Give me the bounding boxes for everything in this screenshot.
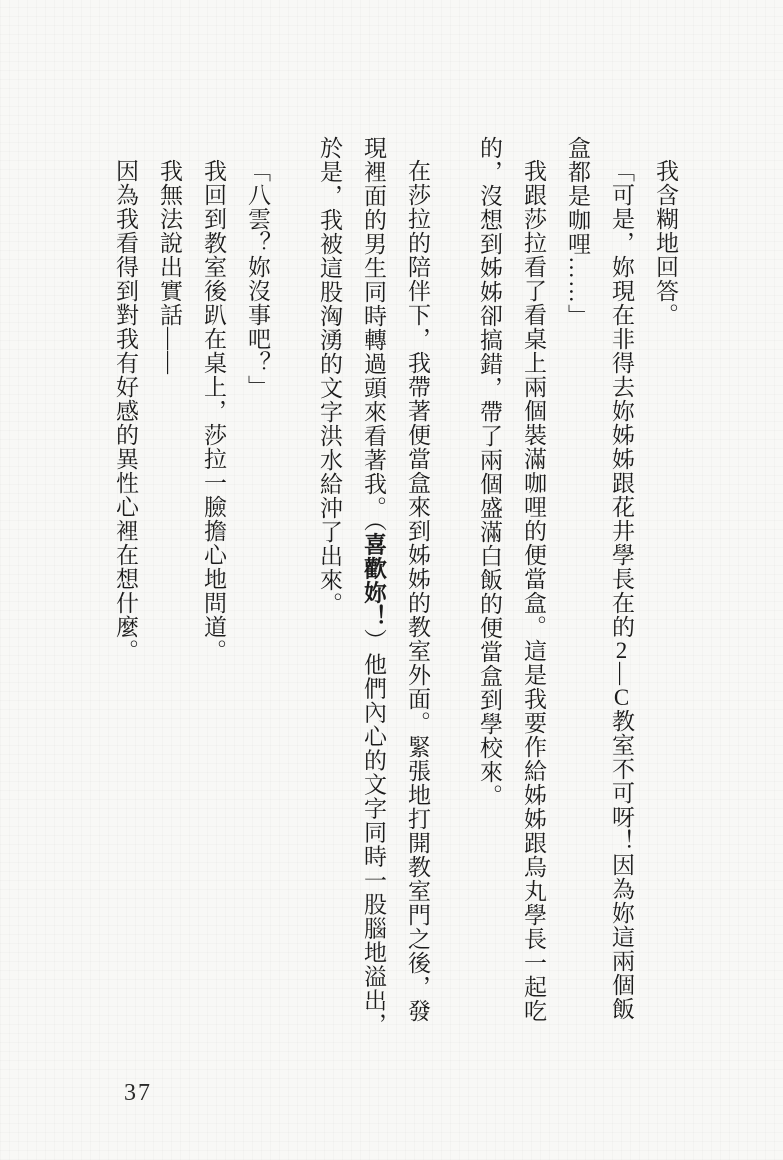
paragraph: 在莎拉的陪伴下，我帶著便當盒來到姊姊的教室外面。緊張地打開教室門之後，發現裡面的… — [307, 136, 439, 1044]
paragraph: 我回到教室後趴在桌上，莎拉一臉擔心地問道。 — [191, 136, 235, 1044]
text-run: 我含糊地回答。 — [653, 159, 678, 327]
text-run: 我回到教室後趴在桌上，莎拉一臉擔心地問道。 — [201, 159, 226, 663]
text-run: 2 — [609, 639, 634, 662]
text-run: 「可是，妳現在非得去妳姊姊跟花井學長在的 — [609, 159, 634, 639]
paragraph: 我無法說出實話—— — [147, 136, 191, 1044]
novel-text-body: 我含糊地回答。「可是，妳現在非得去妳姊姊跟花井學長在的2—C教室不可呀！因為妳這… — [103, 136, 687, 1044]
paragraph: 因為我看得到對我有好感的異性心裡在想什麼。 — [103, 136, 147, 1044]
emphasis-bold-text: 喜歡妳！ — [361, 533, 386, 629]
text-run: 我跟莎拉看了看桌上兩個裝滿咖哩的便當盒。這是我要作給姊姊跟烏丸學長一起吃的，沒想… — [477, 136, 546, 1023]
text-run: 因為我看得到對我有好感的異性心裡在想什麼。 — [113, 159, 138, 663]
text-run: — — [609, 662, 634, 686]
page-number: 37 — [124, 1080, 152, 1107]
book-page: 我含糊地回答。「可是，妳現在非得去妳姊姊跟花井學長在的2—C教室不可呀！因為妳這… — [0, 0, 783, 1160]
paragraph: 「可是，妳現在非得去妳姊姊跟花井學長在的2—C教室不可呀！因為妳這兩個飯盒都是咖… — [555, 136, 643, 1044]
text-run: 我無法說出實話—— — [157, 159, 182, 375]
paragraph: 我跟莎拉看了看桌上兩個裝滿咖哩的便當盒。這是我要作給姊姊跟烏丸學長一起吃的，沒想… — [467, 136, 555, 1044]
text-run: C — [609, 686, 634, 709]
paragraph: 「八雲？妳沒事吧？」 — [235, 136, 279, 1044]
text-run: 「八雲？妳沒事吧？」 — [245, 159, 270, 399]
paragraph: 我含糊地回答。 — [643, 136, 687, 1044]
